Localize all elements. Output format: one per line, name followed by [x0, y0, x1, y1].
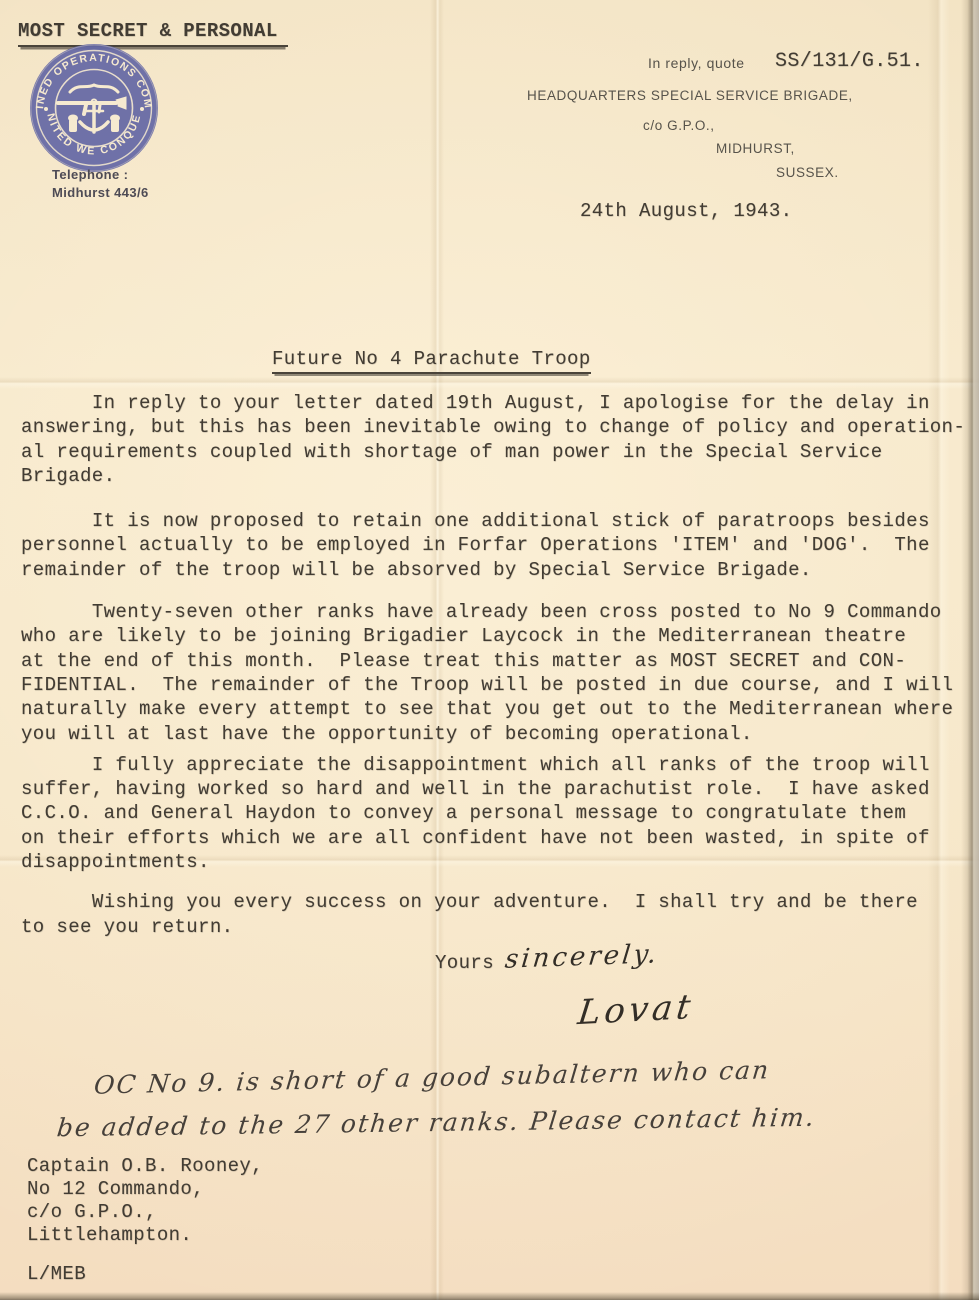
recipient-line: c/o G.P.O.,	[27, 1201, 263, 1224]
closing-handwritten: sincerely.	[503, 939, 660, 975]
seal-dot-left	[44, 107, 48, 111]
telephone-label: Telephone :	[52, 166, 149, 184]
horizontal-fold-crease-upper	[0, 377, 979, 389]
sender-address-line: HEADQUARTERS SPECIAL SERVICE BRIGADE,	[527, 88, 853, 103]
subject-line: Future No 4 Parachute Troop	[272, 348, 591, 374]
seal-dot-right	[140, 107, 144, 111]
letter-date: 24th August, 1943.	[580, 200, 792, 222]
recipient-line: Littlehampton.	[27, 1224, 263, 1247]
file-reference: SS/131/G.51.	[775, 50, 924, 73]
combined-operations-seal-icon: COMBINED OPERATIONS COMMAND UNITED WE CO…	[28, 42, 160, 174]
letter-page: MOST SECRET & PERSONAL COMBINED OPERATIO…	[0, 0, 979, 1300]
paragraph: It is now proposed to retain one additio…	[21, 509, 966, 582]
closing-typed: Yours	[435, 952, 494, 974]
sender-address-line: MIDHURST,	[716, 141, 795, 156]
sender-address-line: c/o G.P.O.,	[643, 118, 715, 133]
recipient-line: Captain O.B. Rooney,	[27, 1155, 263, 1178]
postscript-line: be added to the 27 other ranks. Please c…	[55, 1103, 817, 1143]
sender-address-line: SUSSEX.	[776, 165, 839, 180]
letter-body: In reply to your letter dated 19th Augus…	[21, 391, 966, 957]
paragraph: Wishing you every success on your advent…	[21, 890, 966, 939]
paragraph: Twenty-seven other ranks have already be…	[21, 600, 966, 746]
scan-edge-bottom	[0, 1292, 979, 1300]
telephone-number: Midhurst 443/6	[52, 184, 149, 202]
paragraph: In reply to your letter dated 19th Augus…	[21, 391, 966, 488]
recipient-address: Captain O.B. Rooney, No 12 Commando, c/o…	[27, 1155, 263, 1247]
recipient-line: No 12 Commando,	[27, 1178, 263, 1201]
typist-reference: L/MEB	[27, 1263, 86, 1285]
signature-lovat: Lovat	[576, 987, 697, 1033]
telephone-block: Telephone : Midhurst 443/6	[52, 166, 149, 202]
reply-quote-label: In reply, quote	[648, 55, 745, 71]
paragraph: I fully appreciate the disappointment wh…	[21, 753, 966, 874]
